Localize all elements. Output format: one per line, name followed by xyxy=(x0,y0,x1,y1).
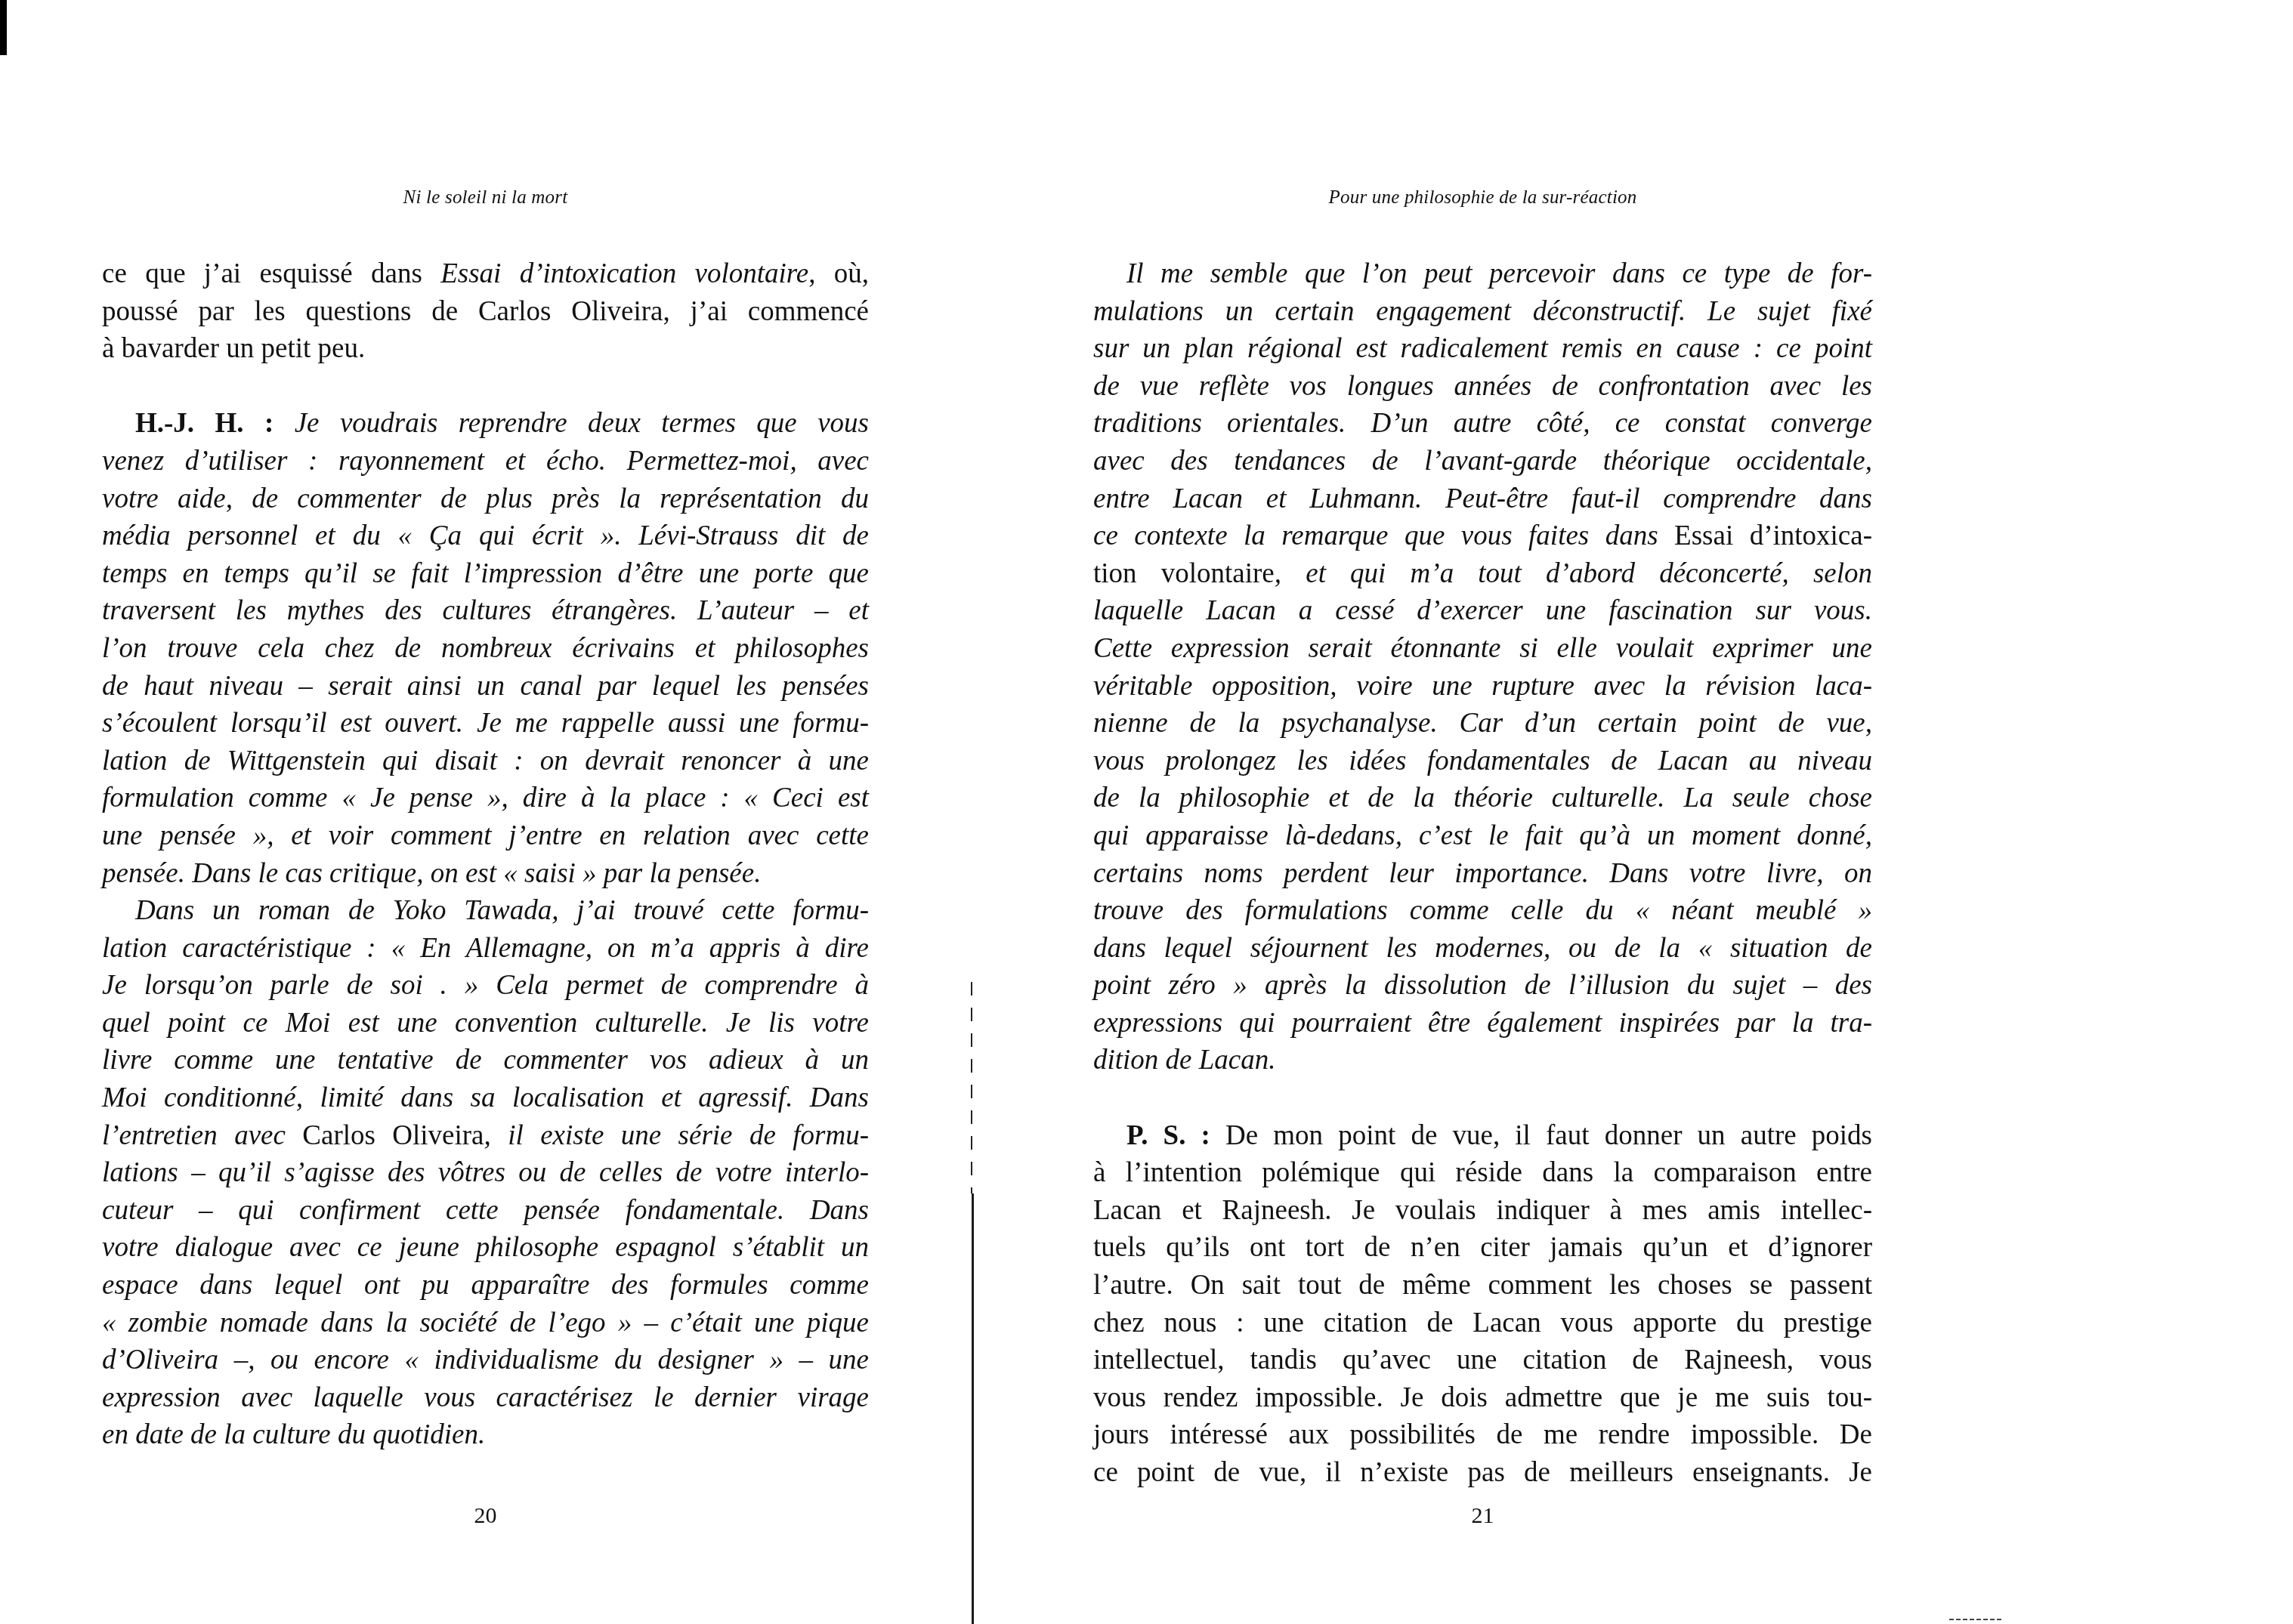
speaker-label: H.-J. H. : xyxy=(135,408,295,439)
gutter-shadow-dashed xyxy=(971,982,972,1193)
text-line: avec des tendances de l’avant-garde théo… xyxy=(1093,443,1872,480)
text-run: en date de la culture du quotidien. xyxy=(102,1419,485,1450)
text-run: de vue reflète vos longues années de con… xyxy=(1093,371,1872,402)
text-line: Cette expression serait étonnante si ell… xyxy=(1093,630,1872,668)
scan-artifact-mark xyxy=(1949,1619,2002,1620)
text-run: lation caractéristique : « En Allemagne,… xyxy=(102,933,869,964)
running-head-left: Ni le soleil ni la mort xyxy=(102,187,869,208)
text-line: média personnel et du « Ça qui écrit ». … xyxy=(102,517,869,555)
text-run: expression avec laquelle vous caractéris… xyxy=(102,1382,869,1413)
text-line: traversent les mythes des cultures étran… xyxy=(102,592,869,630)
text-line: quel point ce Moi est une convention cul… xyxy=(102,1005,869,1042)
text-run: ce que j’ai esquissé dans xyxy=(102,258,440,289)
paragraph-gap xyxy=(102,368,869,406)
text-run: laquelle Lacan a cessé d’exercer une fas… xyxy=(1093,595,1872,626)
text-run: , où, xyxy=(808,258,869,289)
text-run: intellectuel, tandis qu’avec une citatio… xyxy=(1093,1345,1872,1375)
text-line: tion volontaire, et qui m’a tout d’abord… xyxy=(1093,555,1872,593)
text-line: à l’intention polémique qui réside dans … xyxy=(1093,1154,1872,1192)
text-run: point zéro » après la dissolution de l’i… xyxy=(1093,970,1872,1001)
text-line: certains noms perdent leur importance. D… xyxy=(1093,855,1872,893)
text-run: traversent les mythes des cultures étran… xyxy=(102,595,869,626)
running-head-right: Pour une philosophie de la sur-réaction xyxy=(1093,187,1872,208)
text-run: à bavarder un petit peu. xyxy=(102,333,365,364)
text-line: entre Lacan et Luhmann. Peut-être faut-i… xyxy=(1093,480,1872,518)
text-line: expression avec laquelle vous caractéris… xyxy=(102,1379,869,1417)
text-run: formulation comme « Je pense », dire à l… xyxy=(102,783,869,814)
text-line: une pensée », et voir comment j’entre en… xyxy=(102,817,869,855)
text-run: entre Lacan et Luhmann. Peut-être faut-i… xyxy=(1093,483,1872,514)
page-number-left: 20 xyxy=(102,1503,869,1529)
text-line: nienne de la psychanalyse. Car d’un cert… xyxy=(1093,705,1872,743)
right-page-body: Il me semble que l’on peut percevoir dan… xyxy=(1093,255,1872,1492)
text-run: lation de Wittgenstein qui disait : on d… xyxy=(102,746,869,776)
text-line: expressions qui pourraient être égalemen… xyxy=(1093,1005,1872,1042)
text-line: véritable opposition, voire une rupture … xyxy=(1093,668,1872,705)
text-run: dans lequel séjournent les modernes, ou … xyxy=(1093,933,1872,964)
text-line: cuteur – qui confirment cette pensée fon… xyxy=(102,1192,869,1230)
text-line: laquelle Lacan a cessé d’exercer une fas… xyxy=(1093,592,1872,630)
text-line: Dans un roman de Yoko Tawada, j’ai trouv… xyxy=(102,892,869,930)
text-line: intellectuel, tandis qu’avec une citatio… xyxy=(1093,1341,1872,1379)
text-line: votre aide, de commenter de plus près la… xyxy=(102,480,869,518)
gutter-shadow-line xyxy=(972,1193,974,1624)
text-line: de vue reflète vos longues années de con… xyxy=(1093,368,1872,406)
text-run: ce point de vue, il n’existe pas de meil… xyxy=(1093,1457,1872,1488)
text-run: Il me semble que l’on peut percevoir dan… xyxy=(1126,258,1872,289)
text-line: lation caractéristique : « En Allemagne,… xyxy=(102,930,869,968)
text-line: Je lorsqu’on parle de soi . » Cela perme… xyxy=(102,967,869,1005)
text-run: traditions orientales. D’un autre côté, … xyxy=(1093,408,1872,439)
text-run: à l’intention polémique qui réside dans … xyxy=(1093,1157,1872,1188)
text-line: espace dans lequel ont pu apparaître des… xyxy=(102,1267,869,1304)
text-run: livre comme une tentative de commenter v… xyxy=(102,1045,869,1076)
text-run: De mon point de vue, il faut donner un a… xyxy=(1225,1120,1872,1151)
left-page: Ni le soleil ni la mort ce que j’ai esqu… xyxy=(102,0,869,1624)
text-run: , et qui m’a tout d’abord déconcerté, se… xyxy=(1275,558,1872,589)
text-run: Lacan et Rajneesh. Je voulais indiquer à… xyxy=(1093,1195,1872,1226)
text-run: vous prolongez les idées fondamentales d… xyxy=(1093,746,1872,776)
text-run: qui apparaisse là-dedans, c’est le fait … xyxy=(1093,820,1872,851)
text-run: vous rendez impossible. Je dois admettre… xyxy=(1093,1382,1872,1413)
text-line: s’écoulent lorsqu’il est ouvert. Je me r… xyxy=(102,705,869,743)
speaker-label: P. S. : xyxy=(1126,1120,1225,1151)
text-line: mulations un certain engagement déconstr… xyxy=(1093,293,1872,331)
text-run: tion volontaire xyxy=(1093,558,1275,589)
text-run: Essai d’intoxication volontaire xyxy=(440,258,808,289)
scan-edge-mark xyxy=(0,0,7,55)
text-line: jours intéressé aux possibilités de me r… xyxy=(1093,1416,1872,1454)
text-line: votre dialogue avec ce jeune philosophe … xyxy=(102,1229,869,1267)
text-line: livre comme une tentative de commenter v… xyxy=(102,1042,869,1079)
text-line: H.-J. H. : Je voudrais reprendre deux te… xyxy=(102,405,869,443)
text-run: de haut niveau – serait ainsi un canal p… xyxy=(102,671,869,702)
text-run: nienne de la psychanalyse. Car d’un cert… xyxy=(1093,708,1872,739)
text-line: l’autre. On sait tout de même comment le… xyxy=(1093,1267,1872,1304)
text-run: Je voudrais reprendre deux termes que vo… xyxy=(295,408,869,439)
text-run: votre aide, de commenter de plus près la… xyxy=(102,483,869,514)
text-run: lations – qu’il s’agisse des vôtres ou d… xyxy=(102,1157,869,1188)
text-run: tuels qu’ils ont tort de n’en citer jama… xyxy=(1093,1232,1872,1263)
text-line: traditions orientales. D’un autre côté, … xyxy=(1093,405,1872,443)
text-line: ce point de vue, il n’existe pas de meil… xyxy=(1093,1454,1872,1492)
text-run: « zombie nomade dans la société de l’ego… xyxy=(102,1308,869,1338)
text-run: d’Oliveira –, ou encore « individualisme… xyxy=(102,1345,869,1375)
text-line: Il me semble que l’on peut percevoir dan… xyxy=(1093,255,1872,293)
text-run: certains noms perdent leur importance. D… xyxy=(1093,858,1872,889)
text-run: s’écoulent lorsqu’il est ouvert. Je me r… xyxy=(102,708,869,739)
text-run: quel point ce Moi est une convention cul… xyxy=(102,1008,869,1039)
text-run: poussé par les questions de Carlos Olive… xyxy=(102,296,869,327)
text-line: venez d’utiliser : rayonnement et écho. … xyxy=(102,443,869,480)
text-run: dition de Lacan. xyxy=(1093,1045,1276,1076)
text-run: Essai d’intoxica- xyxy=(1674,520,1872,551)
text-line: l’entretien avec Carlos Oliveira, il exi… xyxy=(102,1117,869,1155)
text-line: lations – qu’il s’agisse des vôtres ou d… xyxy=(102,1154,869,1192)
text-line: ce contexte la remarque que vous faites … xyxy=(1093,517,1872,555)
text-line: de haut niveau – serait ainsi un canal p… xyxy=(102,668,869,705)
text-run: Dans un roman de Yoko Tawada, j’ai trouv… xyxy=(135,895,869,926)
text-line: l’on trouve cela chez de nombreux écriva… xyxy=(102,630,869,668)
page-number-right: 21 xyxy=(1093,1503,1872,1529)
text-run: Cette expression serait étonnante si ell… xyxy=(1093,633,1872,664)
text-run: trouve des formulations comme celle du «… xyxy=(1093,895,1872,926)
text-run: ce contexte la remarque que vous faites … xyxy=(1093,520,1674,551)
text-line: qui apparaisse là-dedans, c’est le fait … xyxy=(1093,817,1872,855)
text-run: l’entretien avec xyxy=(102,1120,302,1151)
text-line: sur un plan régional est radicalement re… xyxy=(1093,330,1872,368)
text-run: média personnel et du « Ça qui écrit ». … xyxy=(102,520,869,551)
text-run: chez nous : une citation de Lacan vous a… xyxy=(1093,1308,1872,1338)
text-run: temps en temps qu’il se fait l’impressio… xyxy=(102,558,869,589)
text-line: de la philosophie et de la théorie cultu… xyxy=(1093,780,1872,817)
text-line: vous rendez impossible. Je dois admettre… xyxy=(1093,1379,1872,1417)
text-line: temps en temps qu’il se fait l’impressio… xyxy=(102,555,869,593)
text-line: trouve des formulations comme celle du «… xyxy=(1093,892,1872,930)
text-line: formulation comme « Je pense », dire à l… xyxy=(102,780,869,817)
text-line: pensée. Dans le cas critique, on est « s… xyxy=(102,855,869,893)
left-page-body: ce que j’ai esquissé dans Essai d’intoxi… xyxy=(102,255,869,1454)
text-run: espace dans lequel ont pu apparaître des… xyxy=(102,1270,869,1301)
text-line: dans lequel séjournent les modernes, ou … xyxy=(1093,930,1872,968)
text-run: sur un plan régional est radicalement re… xyxy=(1093,333,1872,364)
text-run: mulations un certain engagement déconstr… xyxy=(1093,296,1872,327)
text-line: « zombie nomade dans la société de l’ego… xyxy=(102,1304,869,1342)
text-run: l’on trouve cela chez de nombreux écriva… xyxy=(102,633,869,664)
text-run: Carlos Oliveira xyxy=(302,1120,484,1151)
text-run: de la philosophie et de la théorie cultu… xyxy=(1093,783,1872,814)
text-line: P. S. : De mon point de vue, il faut don… xyxy=(1093,1117,1872,1155)
text-line: tuels qu’ils ont tort de n’en citer jama… xyxy=(1093,1229,1872,1267)
text-line: Lacan et Rajneesh. Je voulais indiquer à… xyxy=(1093,1192,1872,1230)
text-run: votre dialogue avec ce jeune philosophe … xyxy=(102,1232,869,1263)
text-line: lation de Wittgenstein qui disait : on d… xyxy=(102,743,869,780)
text-run: une pensée », et voir comment j’entre en… xyxy=(102,820,869,851)
text-run: jours intéressé aux possibilités de me r… xyxy=(1093,1419,1872,1450)
text-run: avec des tendances de l’avant-garde théo… xyxy=(1093,446,1872,477)
right-page: Pour une philosophie de la sur-réaction … xyxy=(1093,0,1872,1624)
text-line: à bavarder un petit peu. xyxy=(102,330,869,368)
text-run: Je lorsqu’on parle de soi . » Cela perme… xyxy=(102,970,869,1001)
text-run: , il existe une série de formu- xyxy=(484,1120,869,1151)
text-line: d’Oliveira –, ou encore « individualisme… xyxy=(102,1341,869,1379)
text-line: point zéro » après la dissolution de l’i… xyxy=(1093,967,1872,1005)
text-line: dition de Lacan. xyxy=(1093,1042,1872,1079)
text-run: expressions qui pourraient être égalemen… xyxy=(1093,1008,1872,1039)
text-run: l’autre. On sait tout de même comment le… xyxy=(1093,1270,1872,1301)
paragraph-gap xyxy=(1093,1079,1872,1117)
text-line: chez nous : une citation de Lacan vous a… xyxy=(1093,1304,1872,1342)
text-run: Moi conditionné, limité dans sa localisa… xyxy=(102,1082,869,1113)
text-line: en date de la culture du quotidien. xyxy=(102,1416,869,1454)
text-line: Moi conditionné, limité dans sa localisa… xyxy=(102,1079,869,1117)
text-run: venez d’utiliser : rayonnement et écho. … xyxy=(102,446,869,477)
text-run: cuteur – qui confirment cette pensée fon… xyxy=(102,1195,869,1226)
text-line: poussé par les questions de Carlos Olive… xyxy=(102,293,869,331)
text-line: vous prolongez les idées fondamentales d… xyxy=(1093,743,1872,780)
text-run: pensée. Dans le cas critique, on est « s… xyxy=(102,858,761,889)
text-line: ce que j’ai esquissé dans Essai d’intoxi… xyxy=(102,255,869,293)
text-run: véritable opposition, voire une rupture … xyxy=(1093,671,1872,702)
